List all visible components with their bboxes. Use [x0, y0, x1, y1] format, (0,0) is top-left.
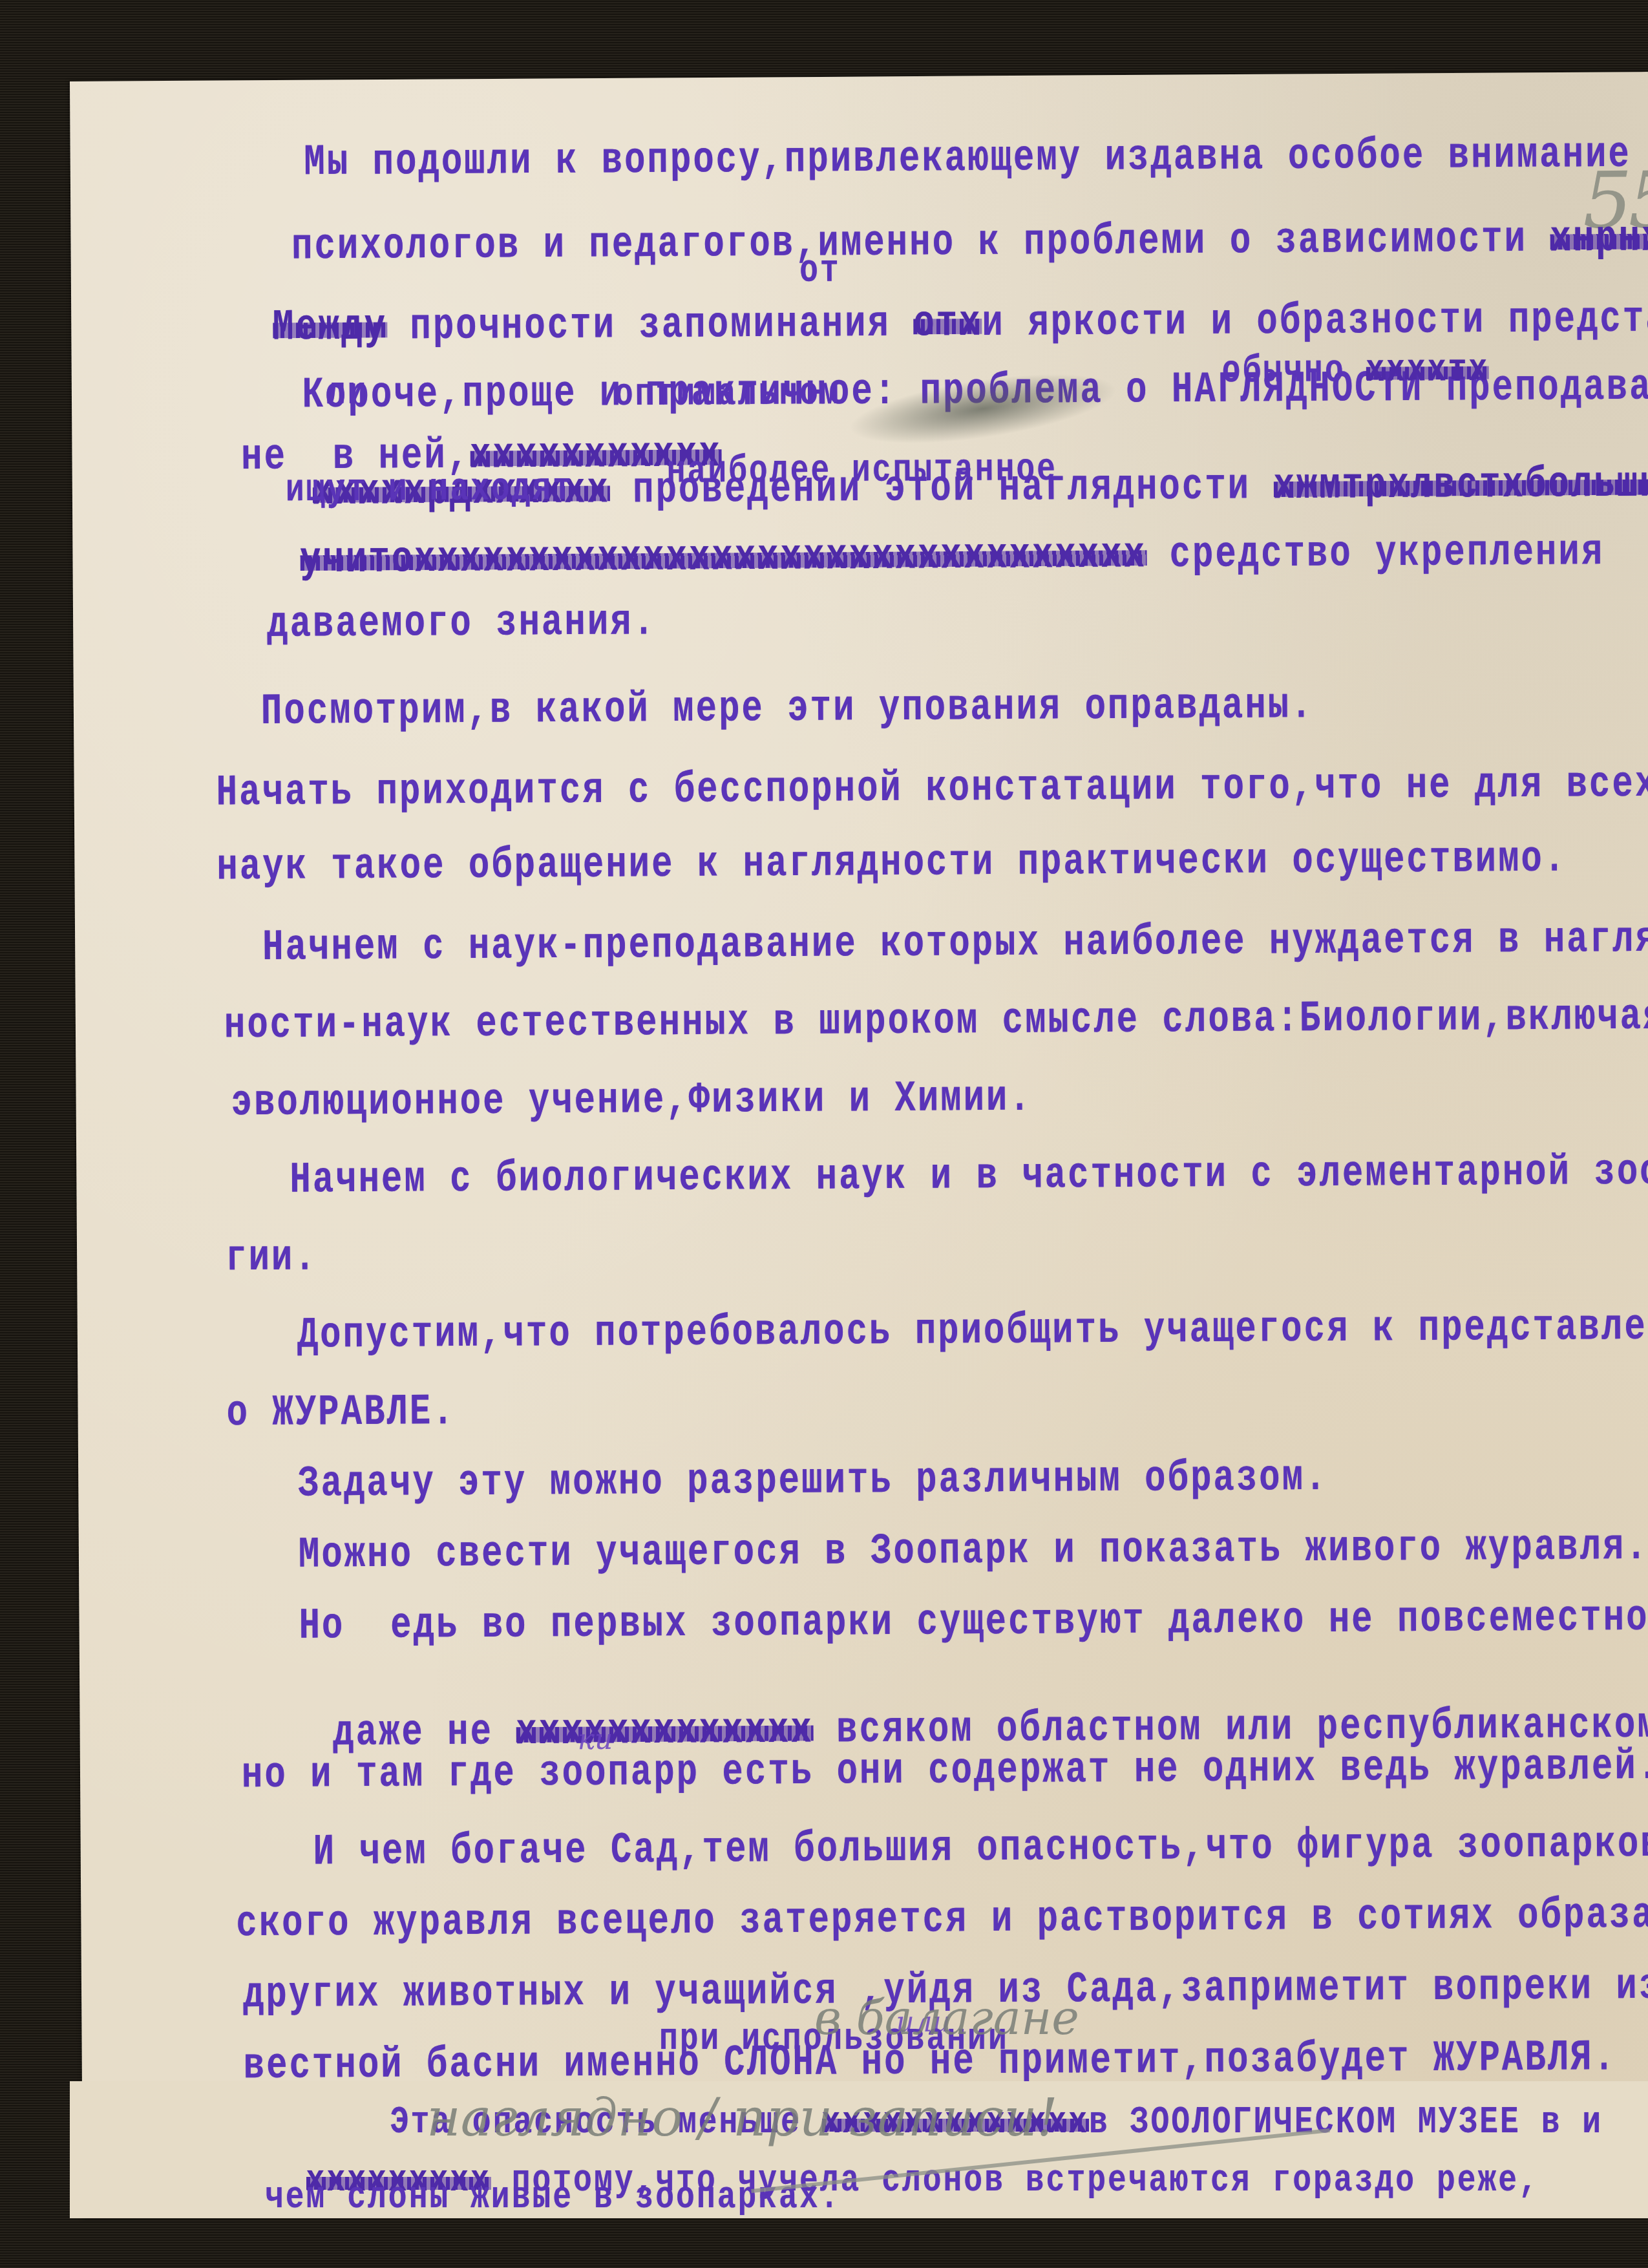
line-text: Посмотрим,в какой мере эти упования опра… — [261, 681, 1314, 737]
interlinear-insert: обычно ххххтх — [1222, 348, 1490, 394]
line-text: ского журавля всецело затеряется и раств… — [236, 1891, 1648, 1949]
text-line: наук такое обращение к наглядности практ… — [217, 835, 1567, 893]
pencil-note-top: в балагане — [814, 1991, 1079, 2045]
text-line: ности-наук естественных в широком смысле… — [224, 993, 1648, 1051]
text-line: Начнем с биологических наук и в частност… — [290, 1147, 1648, 1205]
text-line: о ЖУРАВЛЕ. — [226, 1388, 456, 1438]
line-text: Можно свести учащегося в Зоопарк и показ… — [299, 1523, 1648, 1580]
line-text: о ЖУРАВЛЕ. — [226, 1388, 456, 1438]
insert-text: обычно — [1222, 349, 1366, 394]
line-text: Задачу эту можно разрешить различным обр… — [298, 1454, 1328, 1509]
line-text: наук такое обращение к наглядности практ… — [217, 835, 1567, 893]
struck-text: ххххтх — [1366, 348, 1489, 393]
document-page: 55 Мы подошли к вопросу,привлекающему из… — [70, 72, 1648, 2218]
line-text: гии. — [226, 1233, 317, 1283]
text-line: Начать приходится с бесспорной констатац… — [217, 760, 1648, 818]
text-line: ского журавля всецело затеряется и раств… — [236, 1891, 1648, 1949]
line-text: ности-наук естественных в широком смысле… — [224, 993, 1648, 1051]
line-text: И чем богаче Сад,тем большия опасность,ч… — [313, 1820, 1648, 1878]
text-line: Допустим,что потребовалось приобщить уча… — [297, 1302, 1648, 1361]
text-line: даваемого знания. — [267, 598, 656, 650]
line-text: даваемого знания. — [267, 598, 656, 650]
text-line: Но едь во первых зоопарки существуют дал… — [299, 1594, 1648, 1651]
line-text: средство укрепления — [1146, 528, 1605, 580]
pencil-note-bottom: наглядно / при записи! — [427, 2088, 1058, 2148]
text-line: Можно свести учащегося в Зоопарк и показ… — [299, 1523, 1648, 1580]
text-line: но и там где зоопарр есть они содержат н… — [242, 1743, 1648, 1801]
text-line: Задачу эту можно разрешить различным обр… — [298, 1454, 1328, 1509]
line-text: эволюционное учение,Физики и Химии. — [231, 1074, 1032, 1129]
text-line: эволюционное учение,Физики и Химии. — [231, 1074, 1032, 1129]
line-text: Но едь во первых зоопарки существуют дал… — [299, 1594, 1648, 1651]
text-line: И чем богаче Сад,тем большия опасность,ч… — [313, 1820, 1648, 1878]
line-text: но и там где зоопарр есть они содержат н… — [242, 1743, 1648, 1801]
struck-text: учитохххххххххххххххххххххххххххххххх — [300, 531, 1146, 585]
text-line: гии. — [226, 1233, 317, 1283]
line-text: Начнем с биологических наук и в частност… — [290, 1147, 1648, 1205]
text-line: Посмотрим,в какой мере эти упования опра… — [261, 681, 1314, 737]
line-text: Начнем с наук-преподавание которых наибо… — [262, 915, 1648, 973]
line-text: Начать приходится с бесспорной констатац… — [217, 760, 1648, 818]
line-text: чем слоны живые в зоопарках. — [265, 2176, 841, 2220]
text-line: чем слоны живые в зоопарках. — [265, 2176, 841, 2220]
text-line: Начнем с наук-преподавание которых наибо… — [262, 915, 1648, 973]
line-text: Допустим,что потребовалось приобщить уча… — [297, 1302, 1648, 1361]
